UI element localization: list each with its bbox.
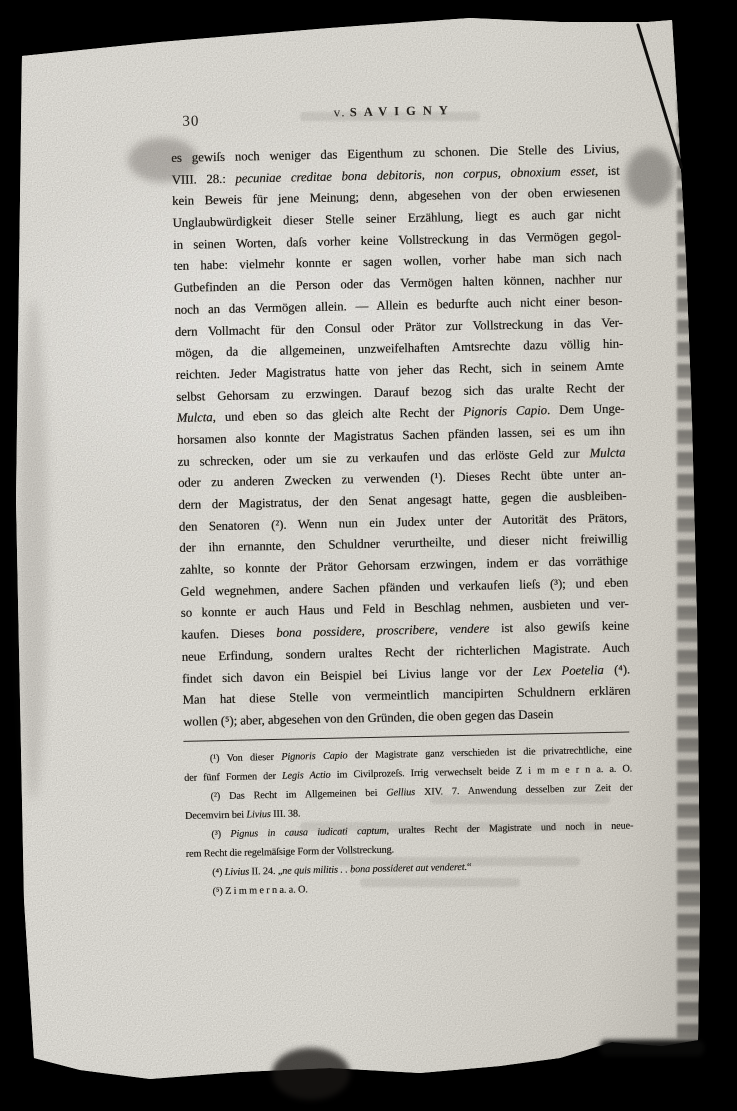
body-text: es gewiſs noch weniger das Eigenthum zu …: [171, 139, 631, 734]
scanned-page-canvas: 30 v. SAVIGNY es gewiſs noch weniger das…: [0, 0, 737, 1111]
running-head-prefix: v.: [333, 104, 346, 119]
footnotes: (¹) Von dieser Pignoris Capio der Magist…: [184, 740, 635, 901]
printed-content: 30 v. SAVIGNY es gewiſs noch weniger das…: [170, 93, 635, 902]
running-head-name: SAVIGNY: [350, 103, 455, 119]
page-header: 30 v. SAVIGNY: [170, 93, 619, 144]
running-head: v. SAVIGNY: [170, 99, 618, 124]
footnote-separator-rule: [183, 731, 629, 741]
page-right-edge-texture: [677, 20, 703, 1050]
